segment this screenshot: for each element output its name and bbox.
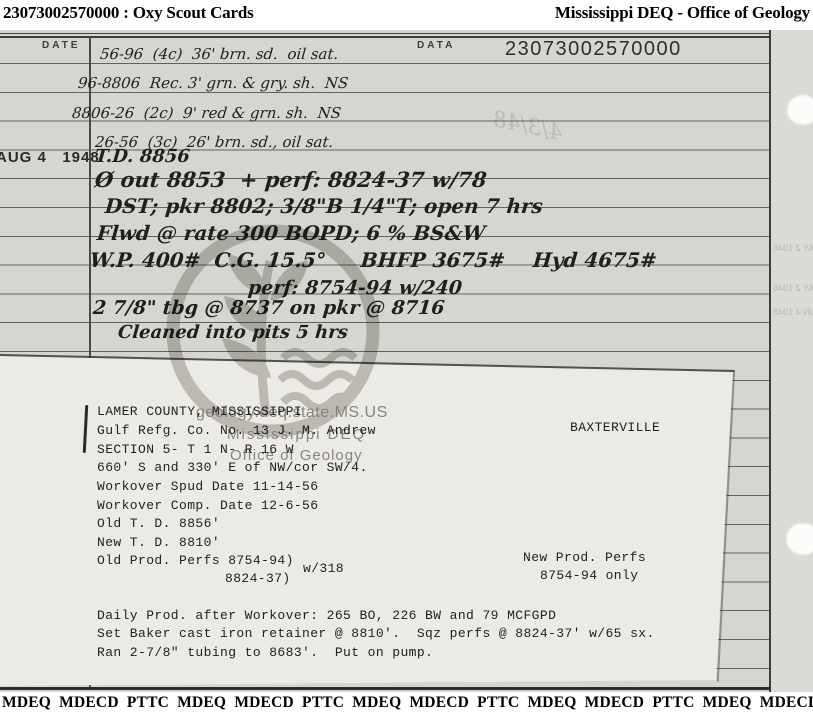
note-flow-rate: Flwd @ rate 300 BOPD; 6 % BS&W [96,221,486,245]
note-core-2: 96-8806 Rec. 3' grn. & gry. sh. NS [77,74,349,92]
punch-hole-top [786,94,813,126]
note-total-depth: T.D. 8856 [94,146,191,167]
typed-new-td: New T. D. 8810' [97,535,220,550]
scout-card-page: 23073002570000 : Oxy Scout Cards Mississ… [0,0,813,714]
typed-old-perfs-2: 8824-37) [225,571,291,586]
ghost-margin-date-1: MAY 2 1946 [773,243,813,253]
typed-retainer: Set Baker cast iron retainer @ 8810'. Sq… [97,626,655,641]
typed-comp-date: Workover Comp. Date 12-6-56 [97,498,318,513]
note-pressures: W.P. 400# C.G. 15.5° BHFP 3675# Hyd 4675… [89,248,658,272]
received-date-stamp: AUG 4 1948 [0,149,100,166]
card-right-edge [769,30,771,692]
card-bottom-rule [0,687,771,690]
typed-daily-prod: Daily Prod. after Workover: 265 BO, 226 … [97,608,556,623]
typed-location: 660' S and 330' E of NW/cor SW/4. [97,460,368,475]
typed-run-tubing: Ran 2-7/8" tubing to 8683'. Put on pump. [97,645,433,660]
title-bar: 23073002570000 : Oxy Scout Cards Mississ… [0,0,813,30]
typed-county: LAMER COUNTY, MISSISSIPPI [97,404,302,419]
ghost-margin-date-3: JUN 4 1948 [773,307,813,317]
footer-ticker-text: MDEQ MDECD PTTC MDEQ MDECD PTTC MDEQ MDE… [2,694,813,712]
date-column-header: DATE [42,40,80,51]
typed-new-perfs-label: New Prod. Perfs [523,550,646,565]
typed-old-perfs-with: w/318 [303,561,344,576]
punch-hole-bottom [785,522,813,556]
note-plugback-perf: Ø out 8853 + perf: 8824-37 w/78 [94,167,488,192]
typed-operator: Gulf Refg. Co. No. 13 J. M. Andrew [97,423,376,438]
note-dst: DST; pkr 8802; 3/8"B 1/4"T; open 7 hrs [104,194,544,218]
typed-section: SECTION 5- T 1 N- R 16 W [97,442,294,457]
note-perf-2: perf: 8754-94 w/240 [247,277,463,299]
data-column-header: DATA [417,40,455,51]
card-top-rule [0,33,770,34]
typed-old-perfs-1: Old Prod. Perfs 8754-94) [97,553,294,568]
note-tubing: 2 7/8" tbg @ 8737 on pkr @ 8716 [92,297,445,319]
card-right-margin [771,30,813,692]
scanned-card: DATE DATA 23073002570000 AUG 4 1948 56-9… [0,30,813,692]
api-number-stamp: 23073002570000 [505,38,682,61]
note-core-3: 8806-26 (2c) 9' red & grn. sh. NS [71,104,342,122]
typed-new-perfs-value: 8754-94 only [540,568,638,583]
typed-old-td: Old T. D. 8856' [97,516,220,531]
typed-spud-date: Workover Spud Date 11-14-56 [97,479,318,494]
typed-field-name: BAXTERVILLE [570,420,660,435]
agency-title: Mississippi DEQ - Office of Geology [555,3,810,23]
document-title: 23073002570000 : Oxy Scout Cards [3,3,254,23]
note-core-1: 56-96 (4c) 36' brn. sd. oil sat. [99,45,339,63]
footer-bar: MDEQ MDECD PTTC MDEQ MDECD PTTC MDEQ MDE… [0,692,813,714]
note-cleaned-pits: Cleaned into pits 5 hrs [117,322,349,343]
ghost-margin-date-2: MAY 2 1946 [773,283,813,293]
